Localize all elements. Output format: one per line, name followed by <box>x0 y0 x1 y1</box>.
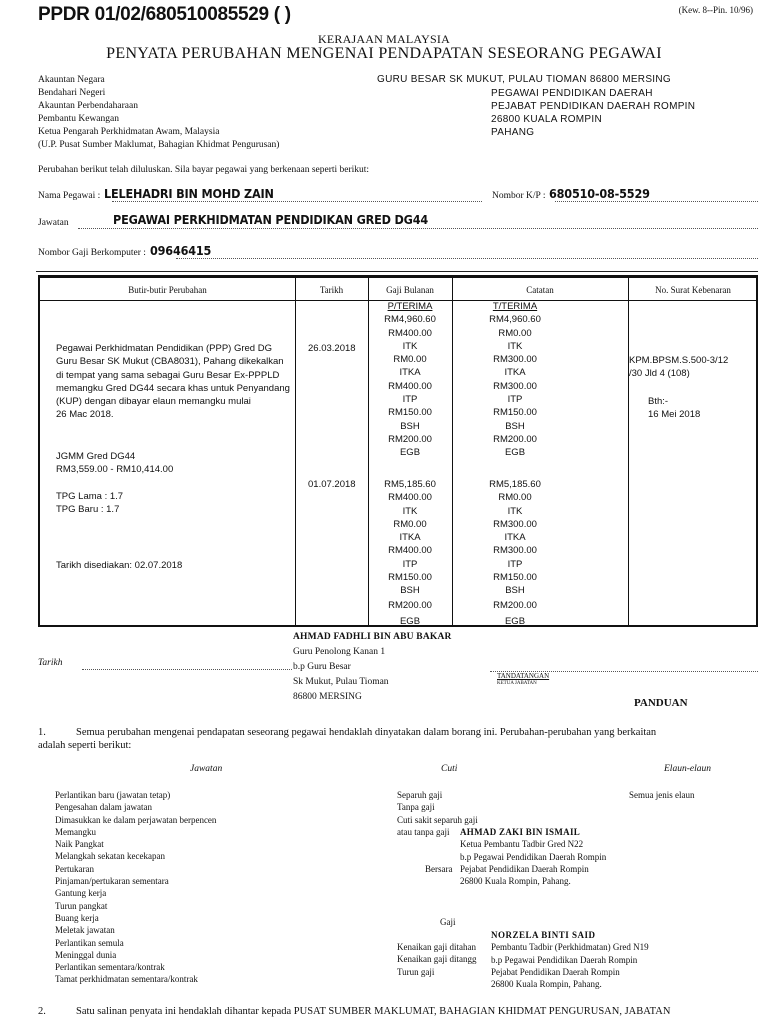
salary-received-block: P/TERIMA RM4,960.60 RM400.00 ITK RM0.00 … <box>368 300 452 460</box>
dotted-line <box>82 669 292 670</box>
retire-label: Bersara <box>425 863 452 875</box>
date-label: Tarikh <box>38 658 62 668</box>
guide-para-2: Satu salinan penyata ini hendaklah dihan… <box>76 1006 670 1018</box>
address-line: 26800 KUALA ROMPIN <box>491 113 695 126</box>
recipient-list: Akauntan Negara Bendahari Negeri Akaunta… <box>38 74 279 152</box>
signature-label: TANDATANGAN KETUA JABATAN <box>497 673 549 687</box>
guide-para-1-cont: adalah seperti berikut: <box>38 740 131 752</box>
header-notes: Catatan <box>452 285 628 295</box>
intro-text: Perubahan berikut telah diluluskan. Sila… <box>38 165 369 175</box>
salary-scale: JGMM Gred DG44 RM3,559.00 - RM10,414.00 <box>56 450 173 477</box>
ic-number-value: 680510-08-5529 <box>549 186 650 201</box>
address-line: PEGAWAI PENDIDIKAN DAERAH <box>491 87 695 100</box>
dotted-line <box>176 258 758 259</box>
ic-number-label: Nombor K/P : <box>492 191 545 201</box>
change-details: Pegawai Perkhidmatan Pendidikan (PPP) Gr… <box>56 342 290 422</box>
guide-col-leave: Cuti <box>441 764 457 774</box>
recipient: (U.P. Pusat Sumber Maklumat, Bahagian Kh… <box>38 139 279 152</box>
column-divider <box>295 278 296 625</box>
effective-date: 26.03.2018 <box>308 342 356 355</box>
dotted-line <box>555 201 758 202</box>
allowance-item: Semua jenis elaun <box>629 789 694 801</box>
guide-para-1: Semua perubahan mengenai pendapatan sese… <box>76 727 656 739</box>
guide-para-1-number: 1. <box>38 727 46 739</box>
recipient: Pembantu Kewangan <box>38 113 279 126</box>
notes-block: T/TERIMA RM4,960.60 RM0.00 ITK RM300.00 … <box>452 300 578 460</box>
salary-received-block: RM5,185.60 RM400.00 ITK RM0.00 ITKA RM40… <box>368 478 452 630</box>
recipient: Ketua Pengarah Perkhidmatan Awam, Malays… <box>38 126 279 139</box>
approval-letter-ref: KPM.BPSM.S.500-3/12 /30 Jld 4 (108) <box>629 354 728 381</box>
officer-name-value: LELEHADRI BIN MOHD ZAIN <box>104 186 274 201</box>
officer-name-label: Nama Pegawai : <box>38 191 100 201</box>
tpg-values: TPG Lama : 1.7 TPG Baru : 1.7 <box>56 490 123 517</box>
effective-date: 01.07.2018 <box>308 478 356 491</box>
approval-letter-date: Bth:- 16 Mei 2018 <box>648 395 700 422</box>
notes-block: RM5,185.60 RM0.00 ITK RM300.00 ITKA RM30… <box>452 478 578 630</box>
guide-para-2-number: 2. <box>38 1006 46 1018</box>
signatory-block: AHMAD FADHLI BIN ABU BAKAR Guru Penolong… <box>293 630 452 705</box>
document-code: PPDR 01/02/680510085529 ( ) <box>38 4 291 26</box>
guide-col-position: Jawatan <box>190 764 222 774</box>
stamp-block-1: AHMAD ZAKI BIN ISMAIL Ketua Pembantu Tad… <box>460 826 606 887</box>
stamp-name: NORZELA BINTI SAID <box>491 929 649 941</box>
signatory-name: AHMAD FADHLI BIN ABU BAKAR <box>293 630 452 645</box>
stamp-name: AHMAD ZAKI BIN ISMAIL <box>460 826 606 838</box>
salary-change-list: Kenaikan gaji ditahan Kenaikan gaji dita… <box>397 941 476 978</box>
position-label: Jawatan <box>38 218 69 228</box>
recipient: Akauntan Negara <box>38 74 279 87</box>
header-monthly-salary: Gaji Bulanan <box>368 285 452 295</box>
header-date: Tarikh <box>295 285 368 295</box>
header-details: Butir-butir Perubahan <box>40 285 295 295</box>
recipient: Bendahari Negeri <box>38 87 279 100</box>
divider <box>36 271 758 272</box>
document-title: PENYATA PERUBAHAN MENGENAI PENDAPATAN SE… <box>0 45 768 63</box>
salary-received-header: P/TERIMA <box>368 300 452 313</box>
prepared-date: Tarikh disediakan: 02.07.2018 <box>56 559 182 572</box>
position-value: PEGAWAI PERKHIDMATAN PENDIDIKAN GRED DG4… <box>113 212 428 227</box>
notes-header: T/TERIMA <box>452 300 578 313</box>
payroll-number-label: Nombor Gaji Berkomputer : <box>38 248 146 258</box>
payroll-number-value: 09646415 <box>150 243 211 258</box>
recipient: Akauntan Perbendaharaan <box>38 100 279 113</box>
column-divider <box>628 278 629 625</box>
position-field: Jawatan <box>38 212 69 230</box>
dotted-line <box>78 228 758 229</box>
address-line: PAHANG <box>491 126 695 139</box>
position-change-list: Perlantikan baru (jawatan tetap) Pengesa… <box>55 789 216 986</box>
dotted-line <box>112 201 482 202</box>
header-approval-letter: No. Surat Kebenaran <box>628 285 758 295</box>
guide-heading: PANDUAN <box>634 697 688 709</box>
sender-address-line: GURU BESAR SK MUKUT, PULAU TIOMAN 86800 … <box>377 74 671 85</box>
recipient-address: PEGAWAI PENDIDIKAN DAERAH PEJABAT PENDID… <box>491 87 695 139</box>
salary-label: Gaji <box>440 916 456 928</box>
stamp-block-2: NORZELA BINTI SAID Pembantu Tadbir (Perk… <box>491 929 649 990</box>
address-line: PEJABAT PENDIDIKAN DAERAH ROMPIN <box>491 100 695 113</box>
form-revision: (Kew. 8--Pin. 10/96) <box>679 5 753 15</box>
guide-col-allowances: Elaun-elaun <box>664 764 711 774</box>
changes-table: Butir-butir Perubahan Tarikh Gaji Bulana… <box>38 275 758 627</box>
